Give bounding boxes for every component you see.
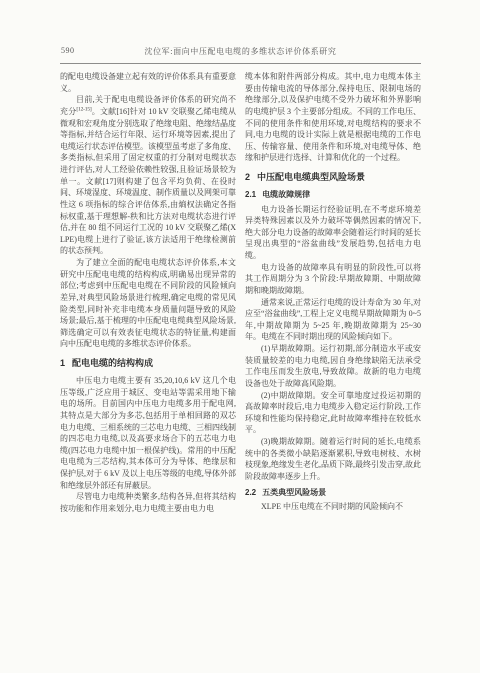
section-heading-2: 2 中压配电电缆典型风险场景: [245, 171, 421, 183]
paragraph: (3)晚期故障期。随着运行时间的延长,电缆系统中的各类微小缺陷逐渐累积,导致电树…: [245, 436, 421, 483]
page-number: 590: [61, 46, 75, 55]
subsection-heading-2-2: 2.2 五类典型风险场景: [245, 487, 421, 499]
paper-page: 590 沈位军:面向中压配电电缆的多维状态评价体系研究 的配电电缆设备建立起有效…: [0, 0, 480, 673]
running-title: 沈位军:面向中压配电电缆的多维状态评价体系研究: [60, 46, 421, 57]
subsection-heading-2-1: 2.1 电缆故障规律: [245, 189, 421, 201]
paragraph: 电力设备长期运行经验证明,在不考虑环境差异类特殊因素以及外力破坏等偶然因素的情况…: [245, 204, 421, 262]
paragraph-text: 。文献[16]针对 10 kV 交联聚乙烯电缆从微观和宏观角度分别选取了绝缘电阻…: [60, 107, 236, 256]
paragraph: 为了建立全面的配电电缆状态评价体系,本文研究中压配电电缆的结构构成,明确易出现异…: [60, 257, 236, 350]
paragraph: XLPE 中压电缆在不同时期的风险倾向不: [245, 501, 421, 513]
paragraph: 缆本体和附件两部分构成。其中,电力电缆本体主要由传输电流的导体部分,保持电压、限…: [245, 71, 421, 164]
subsection-title: 电缆故障规律: [262, 189, 310, 201]
header-rule: [60, 63, 421, 64]
running-head: 590 沈位军:面向中压配电电缆的多维状态评价体系研究: [60, 46, 421, 59]
right-column: 缆本体和附件两部分构成。其中,电力电缆本体主要由传输电流的导体部分,保持电压、限…: [245, 71, 421, 515]
paragraph: 尽管电力电缆种类繁多,结构各异,但将其结构按功能和作用来划分,电力电缆主要由电力…: [60, 491, 236, 514]
citation-reference: [12-15]: [76, 106, 91, 112]
left-column: 的配电电缆设备建立起有效的评价体系具有重要意义。 目前,关于配电电缆设备评价体系…: [60, 71, 236, 515]
section-number: 2: [245, 171, 250, 183]
section-title: 中压配电电缆典型风险场景: [257, 171, 365, 183]
paragraph: 通常来说,正常运行电缆的设计寿命为 30 年,对应至“浴盆曲线”,工程上定义电缆…: [245, 297, 421, 344]
paragraph: 目前,关于配电电缆设备评价体系的研究尚不充分[12-15]。文献[16]针对 1…: [60, 94, 236, 257]
paragraph: 电力设备的故障率具有明显的阶段性,可以将其工作周期分为 3 个阶段:早期故障期、…: [245, 262, 421, 297]
section-title: 配电电缆的结构构成: [72, 357, 153, 369]
section-heading-1: 1 配电电缆的结构构成: [60, 357, 236, 369]
paragraph: (1)早期故障期。运行初期,部分制造水平或安装质量较差的电力电缆,因自身绝缘缺陷…: [245, 343, 421, 390]
subsection-title: 五类典型风险场景: [262, 487, 326, 499]
section-number: 1: [60, 357, 65, 369]
paragraph: (2)中期故障期。安全可靠地度过投运初期的高故障率时段后,电力电缆步入稳定运行阶…: [245, 390, 421, 437]
subsection-number: 2.1: [245, 189, 256, 201]
page-content: 590 沈位军:面向中压配电电缆的多维状态评价体系研究 的配电电缆设备建立起有效…: [60, 46, 421, 515]
two-column-body: 的配电电缆设备建立起有效的评价体系具有重要意义。 目前,关于配电电缆设备评价体系…: [60, 71, 421, 515]
paragraph: 的配电电缆设备建立起有效的评价体系具有重要意义。: [60, 71, 236, 94]
paragraph: 中压电力电缆主要有 35,20,10,6 kV 这几个电压等级,广泛应用于城区、…: [60, 375, 236, 491]
subsection-number: 2.2: [245, 487, 256, 499]
